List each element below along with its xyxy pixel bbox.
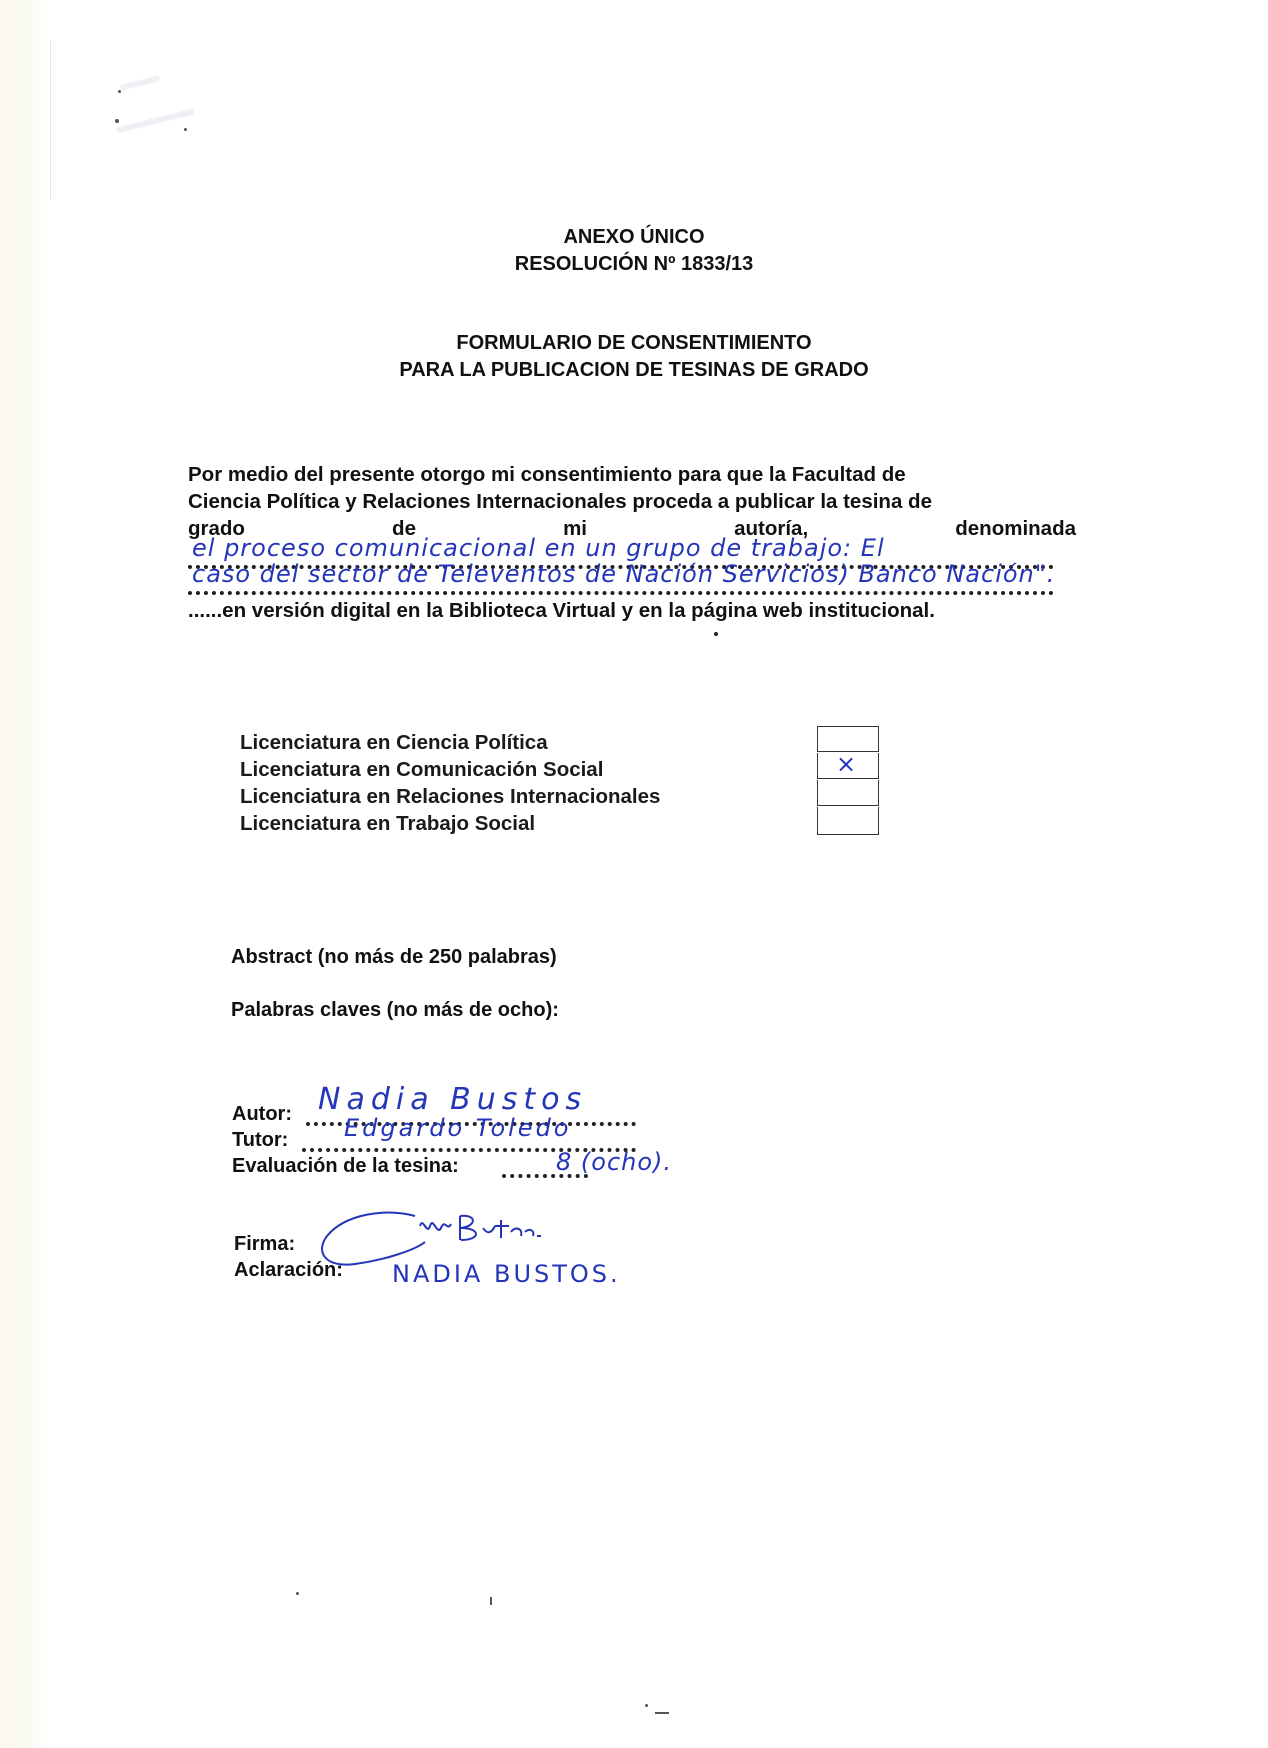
career-checkbox-ciencia-politica[interactable]: [817, 726, 879, 752]
tutor-label: Tutor:: [232, 1127, 288, 1154]
thesis-title-line-2[interactable]: [188, 587, 1054, 595]
form-title: FORMULARIO DE CONSENTIMIENTO: [0, 330, 1268, 357]
author-handwritten: Nadia Bustos: [318, 1082, 587, 1117]
scan-smudge: [115, 108, 194, 133]
form-subtitle: PARA LA PUBLICACION DE TESINAS DE GRADO: [0, 357, 1268, 384]
career-label-comunicacion-social: Licenciatura en Comunicación Social: [240, 756, 603, 783]
scan-speck: [184, 128, 187, 131]
consent-word: denominada: [955, 515, 1076, 542]
scan-smudge: [120, 75, 160, 90]
consent-text-line-2: Ciencia Política y Relaciones Internacio…: [188, 488, 1076, 515]
evaluation-label: Evaluación de la tesina:: [232, 1153, 459, 1180]
career-checkbox-comunicacion-social[interactable]: ×: [817, 753, 879, 779]
scan-speck: [296, 1592, 299, 1595]
career-checkbox-relaciones-internacionales[interactable]: [817, 780, 879, 806]
clarification-label: Aclaración:: [234, 1257, 343, 1284]
scan-speck: [118, 90, 121, 93]
clarification-handwritten: NADIA BUSTOS.: [392, 1260, 621, 1288]
signature-label: Firma:: [234, 1231, 295, 1258]
scan-speck: [645, 1704, 648, 1707]
career-label-trabajo-social: Licenciatura en Trabajo Social: [240, 810, 535, 837]
evaluation-handwritten: 8 (ocho).: [556, 1148, 672, 1176]
tutor-handwritten: Edgardo Toledo: [344, 1114, 571, 1142]
annex-heading: ANEXO ÚNICO: [0, 224, 1268, 251]
consent-text-line-4: ......en versión digital en la Bibliotec…: [188, 597, 935, 624]
scan-edge-line: [50, 40, 51, 200]
career-label-ciencia-politica: Licenciatura en Ciencia Política: [240, 729, 548, 756]
career-checkbox-trabajo-social[interactable]: [817, 807, 879, 835]
consent-text-line-1: Por medio del presente otorgo mi consent…: [188, 461, 1076, 488]
author-label: Autor:: [232, 1101, 292, 1128]
check-x-mark-icon: ×: [836, 750, 856, 778]
scan-speck: [714, 632, 718, 636]
thesis-title-handwritten-2: caso del sector de Televentos de Nación …: [192, 560, 1055, 588]
abstract-label: Abstract (no más de 250 palabras): [231, 944, 557, 971]
thesis-title-handwritten-1: el proceso comunicacional en un grupo de…: [192, 534, 885, 562]
scan-speck: [115, 119, 119, 123]
scan-speck: [655, 1712, 669, 1714]
resolution-heading: RESOLUCIÓN Nº 1833/13: [0, 251, 1268, 278]
career-label-relaciones-internacionales: Licenciatura en Relaciones Internacional…: [240, 783, 660, 810]
keywords-label: Palabras claves (no más de ocho):: [231, 997, 559, 1024]
scan-speck: [490, 1597, 492, 1605]
